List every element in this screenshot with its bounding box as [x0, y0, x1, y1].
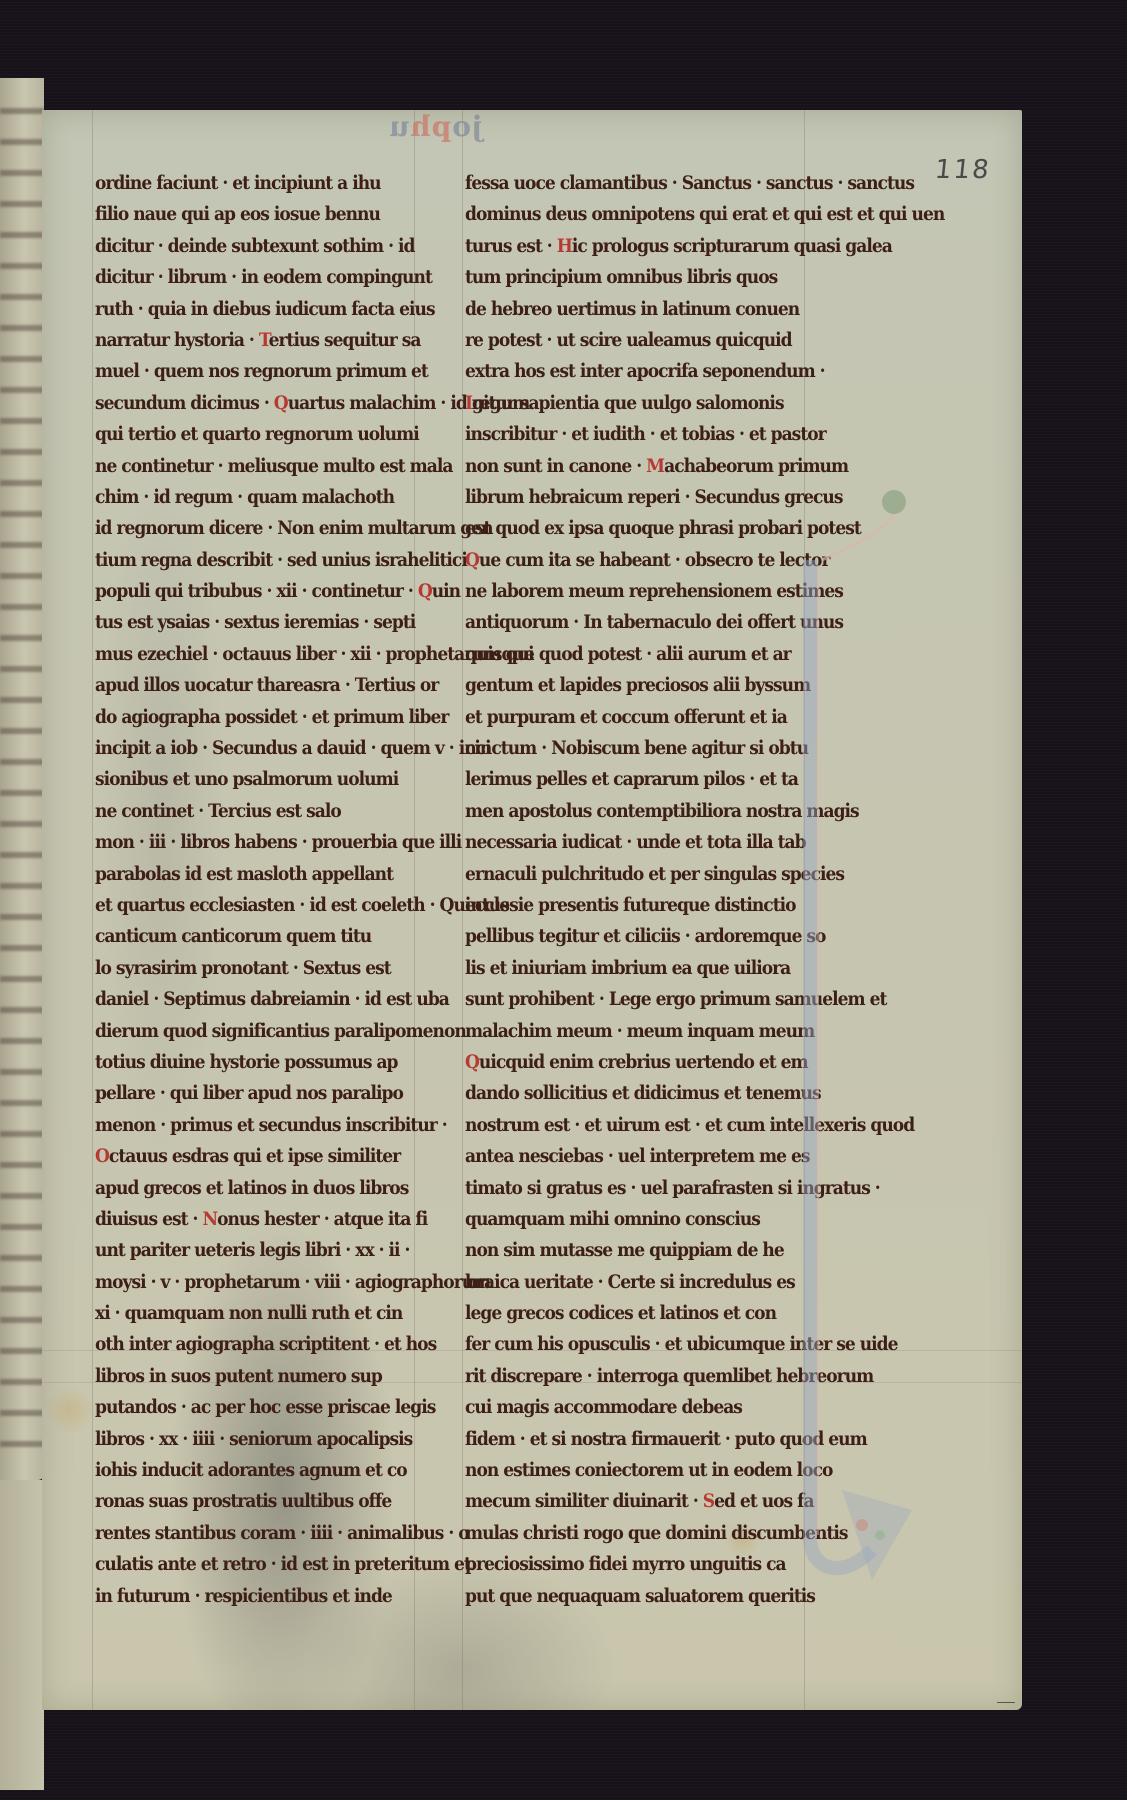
- facing-page-text-line: [0, 356, 44, 362]
- text-line: librum hebraicum reperi · Secundus grecu…: [465, 482, 944, 513]
- text-line: inscribitur · et iudith · et tobias · et…: [465, 419, 944, 450]
- text-line: non sunt in canone · Machabeorum primum: [465, 451, 944, 482]
- ruling-line: [92, 110, 93, 1710]
- rubricated-initial: H: [557, 235, 572, 257]
- text-line: cui magis accommodare debeas: [465, 1392, 944, 1423]
- text-line: de hebreo uertimus in latinum conuen: [465, 294, 944, 325]
- text-line: antiquorum · In tabernaculo dei offert u…: [465, 607, 944, 638]
- rubricated-initial: M: [646, 455, 664, 477]
- text-line: rit discrepare · interroga quemlibet heb…: [465, 1361, 944, 1392]
- facing-page-text-line: [0, 1100, 44, 1106]
- text-line: braica ueritate · Certe si incredulus es: [465, 1267, 944, 1298]
- text-line: ecclesie presentis futureque distinctio: [465, 890, 944, 921]
- facing-page-text-line: [0, 1317, 44, 1323]
- facing-page-text-line: [0, 604, 44, 610]
- text-line: quamquam mihi omnino conscius: [465, 1204, 944, 1235]
- facing-page-text-line: [0, 170, 44, 176]
- facing-page-text-line: [0, 542, 44, 548]
- rubricated-initial: T: [259, 329, 269, 351]
- facing-page-text-line: [0, 1038, 44, 1044]
- facing-page-text-line: [0, 1162, 44, 1168]
- text-line: lege grecos codices et latinos et con: [465, 1298, 944, 1329]
- text-line: dando sollicitius et didicimus et tenemu…: [465, 1078, 944, 1109]
- facing-page-text-line: [0, 201, 44, 207]
- rubricated-initial: Q: [418, 580, 432, 602]
- manuscript-leaf: jophu 118 ordine faciunt · et incipiunt …: [42, 110, 1022, 1710]
- rubricated-initial: N: [202, 1208, 217, 1230]
- text-line: Quicquid enim crebrius uertendo et em: [465, 1047, 944, 1078]
- facing-page-edge: [0, 78, 44, 1480]
- text-line: cinctum · Nobiscum bene agitur si obtu: [465, 733, 944, 764]
- facing-page-text-line: [0, 480, 44, 486]
- facing-page-text-line: [0, 759, 44, 765]
- bleed-through-heading: jophu: [388, 110, 482, 143]
- text-line: est quod ex ipsa quoque phrasi probari p…: [465, 513, 944, 544]
- facing-page-text-line: [0, 573, 44, 579]
- facing-page-text-line: [0, 790, 44, 796]
- text-line: preciosissimo fidei myrro unguitis ca: [465, 1549, 944, 1580]
- facing-page-text-line: [0, 976, 44, 982]
- facing-page-text-line: [0, 666, 44, 672]
- facing-page-lower-edge: [0, 1480, 44, 1790]
- text-line: gentum et lapides preciosos alii byssum: [465, 670, 944, 701]
- text-line: extra hos est inter apocrifa seponendum …: [465, 356, 944, 387]
- rubricated-initial: I: [465, 392, 472, 414]
- rubricated-initial: Q: [274, 392, 288, 414]
- text-line: put que nequaquam saluatorem queritis: [465, 1581, 944, 1612]
- facing-page-text-line: [0, 635, 44, 641]
- rubricated-initial: S: [703, 1490, 714, 1512]
- text-line: Que cum ita se habeant · obsecro te lect…: [465, 545, 944, 576]
- text-line: necessaria iudicat · unde et tota illa t…: [465, 827, 944, 858]
- text-line: fer cum his opusculis · et ubicumque int…: [465, 1329, 944, 1360]
- facing-page-text-line: [0, 1131, 44, 1137]
- facing-page-text-line: [0, 945, 44, 951]
- text-line: nostrum est · et uirum est · et cum inte…: [465, 1110, 944, 1141]
- facing-page-text-line: [0, 821, 44, 827]
- facing-page-text-line: [0, 1224, 44, 1230]
- facing-page-text-line: [0, 387, 44, 393]
- text-line: timato si gratus es · uel parafrasten si…: [465, 1173, 944, 1204]
- facing-page-text-line: [0, 108, 44, 114]
- facing-page-text-line: [0, 1441, 44, 1447]
- text-line: sunt prohibent · Lege ergo primum samuel…: [465, 984, 944, 1015]
- facing-page-text-line: [0, 1348, 44, 1354]
- text-line: Igitur sapientia que uulgo salomonis: [465, 388, 944, 419]
- facing-page-text-line: [0, 1193, 44, 1199]
- text-line: lerimus pelles et caprarum pilos · et ta: [465, 764, 944, 795]
- facing-page-text-line: [0, 1410, 44, 1416]
- text-line: antea nesciebas · uel interpretem me es: [465, 1141, 944, 1172]
- facing-page-text-line: [0, 449, 44, 455]
- facing-page-text-line: [0, 294, 44, 300]
- text-line: fessa uoce clamantibus · Sanctus · sanct…: [465, 168, 944, 199]
- facing-page-text-line: [0, 263, 44, 269]
- text-line: re potest · ut scire ualeamus quicquid: [465, 325, 944, 356]
- text-line: dominus deus omnipotens qui erat et qui …: [465, 199, 944, 230]
- rubricated-initial: Q: [465, 549, 479, 571]
- text-line: pellibus tegitur et ciliciis · ardoremqu…: [465, 921, 944, 952]
- facing-page-text-line: [0, 325, 44, 331]
- text-line: lis et iniuriam imbrium ea que uiliora: [465, 953, 944, 984]
- facing-page-text-line: [0, 418, 44, 424]
- facing-page-text-line: [0, 511, 44, 517]
- text-line: mulas christi rogo que domini discumbent…: [465, 1518, 944, 1549]
- rubricated-initial: Q: [465, 1051, 479, 1073]
- facing-page-text-line: [0, 1286, 44, 1292]
- facing-page-text-line: [0, 883, 44, 889]
- text-line: mecum similiter diuinarit · Sed et uos f…: [465, 1486, 944, 1517]
- facing-page-text-line: [0, 1069, 44, 1075]
- text-line: fidem · et si nostra firmauerit · puto q…: [465, 1424, 944, 1455]
- rubricated-initial: O: [95, 1145, 109, 1167]
- text-line: quisque quod potest · alii aurum et ar: [465, 639, 944, 670]
- facing-page-text-line: [0, 139, 44, 145]
- facing-page-text-line: [0, 852, 44, 858]
- facing-page-text-line: [0, 1379, 44, 1385]
- facing-page-text-line: [0, 914, 44, 920]
- text-line: ernaculi pulchritudo et per singulas spe…: [465, 859, 944, 890]
- text-line: men apostolus contemptibiliora nostra ma…: [465, 796, 944, 827]
- pricking-mark: [997, 1702, 1015, 1703]
- text-column-right: fessa uoce clamantibus · Sanctus · sanct…: [465, 168, 944, 1612]
- text-line: malachim meum · meum inquam meum: [465, 1016, 944, 1047]
- facing-page-text-line: [0, 728, 44, 734]
- facing-page-text-line: [0, 697, 44, 703]
- facing-page-text-line: [0, 1007, 44, 1013]
- facing-page-text-line: [0, 232, 44, 238]
- facing-page-text-line: [0, 1255, 44, 1261]
- text-line: turus est · Hic prologus scripturarum qu…: [465, 231, 944, 262]
- text-line: non estimes coniectorem ut in eodem loco: [465, 1455, 944, 1486]
- text-line: ne laborem meum reprehensionem estimes: [465, 576, 944, 607]
- text-line: tum principium omnibus libris quos: [465, 262, 944, 293]
- text-line: et purpuram et coccum offerunt et ia: [465, 702, 944, 733]
- text-line: non sim mutasse me quippiam de he: [465, 1235, 944, 1266]
